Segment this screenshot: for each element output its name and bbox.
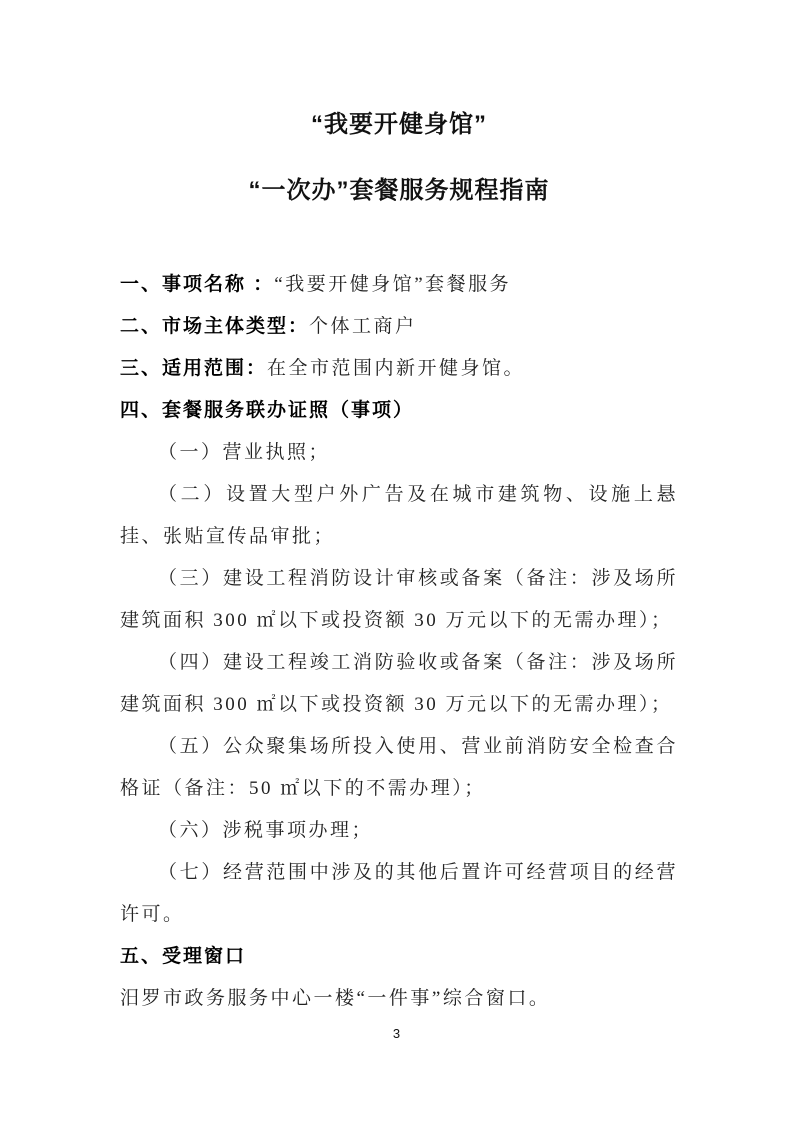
section-value-item-name: “我要开健身馆”套餐服务 xyxy=(274,274,511,295)
section-heading-licenses: 四、套餐服务联办证照（事项） xyxy=(120,390,678,432)
document-body: 一、事项名称 ：“我要开健身馆”套餐服务 二、市场主体类型：个体工商户 三、适用… xyxy=(120,264,678,1020)
section-value-scope: 在全市范围内新开健身馆。 xyxy=(267,358,525,379)
section-heading-window: 五、受理窗口 xyxy=(120,936,678,978)
section-label-window: 五、受理窗口 xyxy=(120,946,246,967)
section-label-entity-type: 二、市场主体类型： xyxy=(120,316,309,337)
document-page: “我要开健身馆” “一次办”套餐服务规程指南 一、事项名称 ：“我要开健身馆”套… xyxy=(0,0,793,1122)
page-number: 3 xyxy=(0,1026,793,1041)
section-label-licenses: 四、套餐服务联办证照（事项） xyxy=(120,400,414,421)
section-heading-entity-type: 二、市场主体类型：个体工商户 xyxy=(120,306,678,348)
license-item-7: （七）经营范围中涉及的其他后置许可经营项目的经营许可。 xyxy=(120,852,678,936)
section-label-item-name: 一、事项名称 ： xyxy=(120,274,274,295)
doc-title-line2: “一次办”套餐服务规程指南 xyxy=(120,174,678,208)
doc-title-line1: “我要开健身馆” xyxy=(120,108,678,142)
section-heading-scope: 三、适用范围：在全市范围内新开健身馆。 xyxy=(120,348,678,390)
license-item-1: （一）营业执照； xyxy=(120,432,678,474)
license-item-3: （三）建设工程消防设计审核或备案（备注：涉及场所建筑面积 300 ㎡以下或投资额… xyxy=(120,558,678,642)
license-item-5: （五）公众聚集场所投入使用、营业前消防安全检查合格证（备注：50 ㎡以下的不需办… xyxy=(120,726,678,810)
license-item-2: （二）设置大型户外广告及在城市建筑物、设施上悬挂、张贴宣传品审批； xyxy=(120,474,678,558)
license-item-6: （六）涉税事项办理； xyxy=(120,810,678,852)
license-item-4: （四）建设工程竣工消防验收或备案（备注：涉及场所建筑面积 300 ㎡以下或投资额… xyxy=(120,642,678,726)
section-heading-item-name: 一、事项名称 ：“我要开健身馆”套餐服务 xyxy=(120,264,678,306)
window-paragraph: 汨罗市政务服务中心一楼“一件事”综合窗口。 xyxy=(120,978,678,1020)
section-label-scope: 三、适用范围： xyxy=(120,358,267,379)
section-value-entity-type: 个体工商户 xyxy=(309,316,417,337)
